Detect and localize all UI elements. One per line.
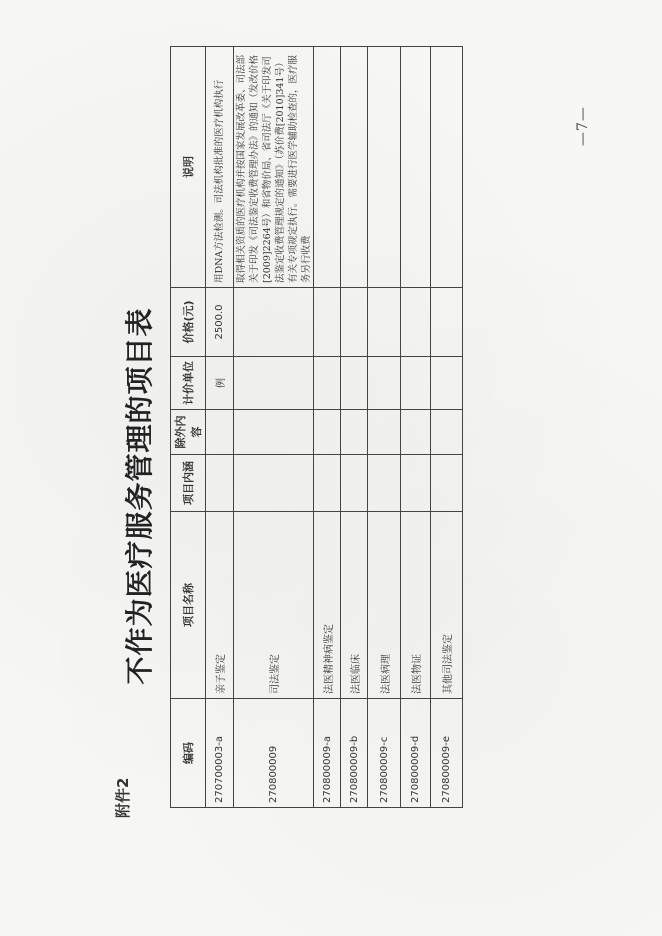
cell-unit <box>234 357 314 410</box>
page-number: —7— <box>575 106 591 146</box>
header-name: 项目名称 <box>171 512 206 699</box>
cell-name: 司法鉴定 <box>234 512 314 699</box>
cell-unit <box>368 357 401 410</box>
cell-code: 270700003-a <box>206 699 234 808</box>
cell-note <box>401 47 431 288</box>
table-row: 270800009-d法医物证 <box>401 47 431 808</box>
header-code: 编码 <box>171 699 206 808</box>
cell-note <box>341 47 368 288</box>
cell-unit <box>341 357 368 410</box>
attachment-label: 附件2 <box>112 778 133 818</box>
cell-scope <box>341 455 368 512</box>
cell-price <box>314 288 341 357</box>
cell-code: 270800009-d <box>401 699 431 808</box>
cell-name: 法医临床 <box>341 512 368 699</box>
table-row: 270800009-c法医病理 <box>368 47 401 808</box>
cell-note <box>368 47 401 288</box>
cell-scope <box>431 455 463 512</box>
table-row: 270800009-e其他司法鉴定 <box>431 47 463 808</box>
cell-scope <box>401 455 431 512</box>
cell-exclusion <box>431 410 463 455</box>
cell-price <box>401 288 431 357</box>
header-exclusion: 除外内容 <box>171 410 206 455</box>
cell-name: 其他司法鉴定 <box>431 512 463 699</box>
header-scope: 项目内涵 <box>171 455 206 512</box>
table-row: 270700003-a亲子鉴定例2500.0用DNA方法检测。司法机构批准的医疗… <box>206 47 234 808</box>
cell-note: 用DNA方法检测。司法机构批准的医疗机构执行 <box>206 47 234 288</box>
table-row: 270800009司法鉴定取得相关资质的医疗机构并按国家发展改革委、司法部关于印… <box>234 47 314 808</box>
cell-price <box>431 288 463 357</box>
cell-note <box>431 47 463 288</box>
cell-price <box>341 288 368 357</box>
cell-note: 取得相关资质的医疗机构并按国家发展改革委、司法部关于印发《司法鉴定收费管理办法》… <box>234 47 314 288</box>
table-row: 270800009-a法医精神病鉴定 <box>314 47 341 808</box>
header-unit: 计价单位 <box>171 357 206 410</box>
cell-name: 法医物证 <box>401 512 431 699</box>
cell-name: 法医精神病鉴定 <box>314 512 341 699</box>
cell-scope <box>314 455 341 512</box>
cell-exclusion <box>206 410 234 455</box>
cell-scope <box>206 455 234 512</box>
cell-exclusion <box>368 410 401 455</box>
cell-unit <box>431 357 463 410</box>
table-header-row: 编码 项目名称 项目内涵 除外内容 计价单位 价格(元) 说明 <box>171 47 206 808</box>
cell-price <box>368 288 401 357</box>
cell-code: 270800009 <box>234 699 314 808</box>
cell-scope <box>368 455 401 512</box>
cell-unit <box>401 357 431 410</box>
items-table: 编码 项目名称 项目内涵 除外内容 计价单位 价格(元) 说明 27070000… <box>170 46 463 808</box>
cell-exclusion <box>341 410 368 455</box>
cell-price: 2500.0 <box>206 288 234 357</box>
table-row: 270800009-b法医临床 <box>341 47 368 808</box>
cell-price <box>234 288 314 357</box>
cell-exclusion <box>234 410 314 455</box>
cell-unit: 例 <box>206 357 234 410</box>
rotated-page: 附件2 不作为医疗服务管理的项目表 —7— 编码 项目名称 项目内涵 除外内容 … <box>0 0 662 936</box>
cell-code: 270800009-a <box>314 699 341 808</box>
cell-code: 270800009-e <box>431 699 463 808</box>
header-note: 说明 <box>171 47 206 288</box>
header-price: 价格(元) <box>171 288 206 357</box>
cell-scope <box>234 455 314 512</box>
cell-exclusion <box>401 410 431 455</box>
cell-note <box>314 47 341 288</box>
cell-code: 270800009-c <box>368 699 401 808</box>
cell-name: 法医病理 <box>368 512 401 699</box>
document-title: 不作为医疗服务管理的项目表 <box>118 256 158 736</box>
cell-exclusion <box>314 410 341 455</box>
cell-name: 亲子鉴定 <box>206 512 234 699</box>
cell-unit <box>314 357 341 410</box>
cell-code: 270800009-b <box>341 699 368 808</box>
